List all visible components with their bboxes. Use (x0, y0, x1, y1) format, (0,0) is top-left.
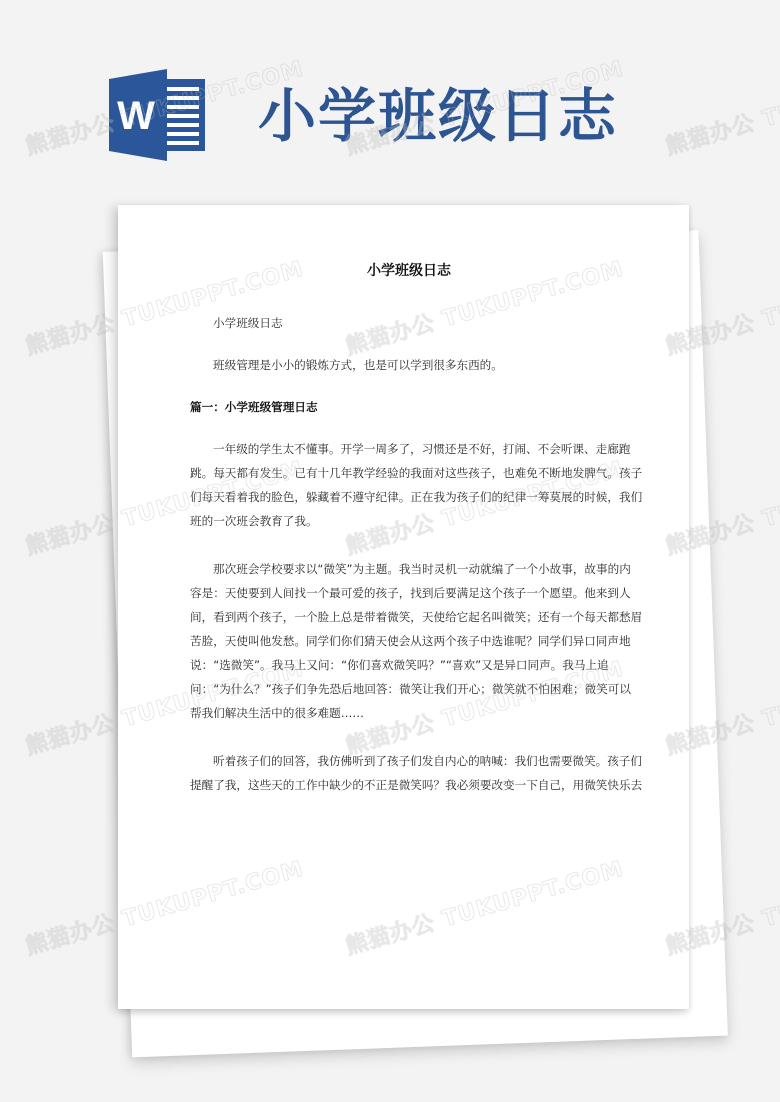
paragraph-line: 间，看到两个孩子，一个脸上总是带着微笑，天使给它起名叫微笑；还有一个每天都愁眉 (190, 605, 628, 629)
paragraph-line: 说：“选微笑”。我马上又问：“你们喜欢微笑吗？”“喜欢”又是异口同声。我马上追 (190, 653, 628, 677)
paragraph-line: 苦脸，天使叫他发愁。同学们你们猜天使会从这两个孩子中选谁呢？同学们异口同声地 (190, 629, 628, 653)
paragraph-line: 问：“为什么？”孩子们争先恐后地回答：微笑让我们开心；微笑就不怕困难；微笑可以 (190, 677, 628, 701)
banner-header: W 小学班级日志 (0, 0, 780, 180)
document-page: 小学班级日志 小学班级日志 班级管理是小小的锻炼方式，也是可以学到很多东西的。 … (118, 205, 689, 1009)
document-subtitle: 小学班级日志 (190, 311, 628, 335)
paragraph-line: 帮我们解决生活中的很多难题…… (190, 701, 628, 725)
paragraph-line: 那次班会学校要求以“微笑”为主题。我当时灵机一动就编了一个小故事，故事的内 (190, 557, 628, 581)
banner-title: 小学班级日志 (258, 74, 618, 158)
body-paragraph: 听着孩子们的回答，我仿佛听到了孩子们发自内心的呐喊：我们也需要微笑。孩子们提醒了… (190, 749, 628, 797)
paragraph-line: 提醒了我，这些天的工作中缺少的不正是微笑吗？我必须要改变一下自己，用微笑快乐去 (190, 773, 628, 797)
paragraph-line: 一年级的学生太不懂事。开学一周多了，习惯还是不好，打闹、不会听课、走廊跑 (190, 437, 628, 461)
body-paragraph: 那次班会学校要求以“微笑”为主题。我当时灵机一动就编了一个小故事，故事的内容是：… (190, 557, 628, 725)
word-icon-letter: W (117, 94, 155, 138)
section-heading: 篇一：小学班级管理日志 (190, 395, 628, 419)
document-body: 小学班级日志 小学班级日志 班级管理是小小的锻炼方式，也是可以学到很多东西的。 … (190, 260, 628, 821)
paragraph-line: 跳。每天都有发生。已有十几年教学经验的我面对这些孩子，也难免不断地发脾气。孩子 (190, 461, 628, 485)
body-paragraph: 一年级的学生太不懂事。开学一周多了，习惯还是不好，打闹、不会听课、走廊跑跳。每天… (190, 437, 628, 533)
paragraph-line: 班的一次班会教育了我。 (190, 509, 628, 533)
paragraph-line: 容是：天使要到人间找一个最可爱的孩子，找到后要满足这个孩子一个愿望。他来到人 (190, 581, 628, 605)
paragraph-line: 们每天看着我的脸色，躲藏着不遵守纪律。正在我为孩子们的纪律一筹莫展的时候，我们 (190, 485, 628, 509)
intro-paragraph: 班级管理是小小的锻炼方式，也是可以学到很多东西的。 (190, 353, 628, 377)
paragraph-line: 听着孩子们的回答，我仿佛听到了孩子们发自内心的呐喊：我们也需要微笑。孩子们 (190, 749, 628, 773)
paragraph-list: 一年级的学生太不懂事。开学一周多了，习惯还是不好，打闹、不会听课、走廊跑跳。每天… (190, 437, 628, 797)
document-title: 小学班级日志 (190, 260, 628, 282)
microsoft-word-icon: W (109, 69, 209, 161)
